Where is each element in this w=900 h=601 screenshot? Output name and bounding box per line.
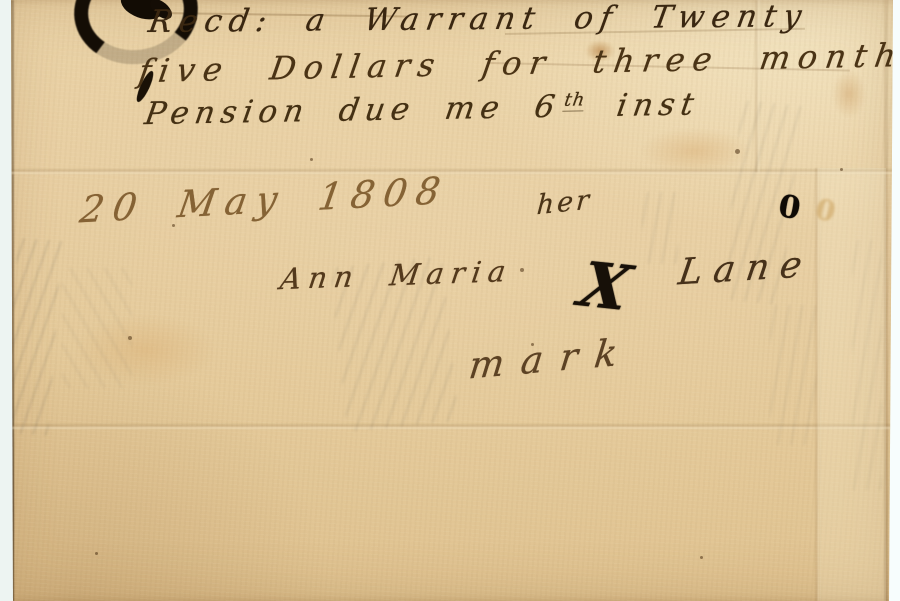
- mark-word: mark: [467, 330, 637, 388]
- rust-stain: [832, 70, 866, 118]
- ink-speck: [310, 158, 313, 161]
- ink-speck: [95, 552, 98, 555]
- ink-speck: [520, 268, 524, 272]
- pension-text-post: inst: [584, 86, 702, 124]
- ink-speck: [840, 168, 843, 171]
- signature-first-names: Ann Maria: [278, 254, 515, 296]
- handwriting-line-pension: Pension due me 6th inst: [142, 86, 702, 132]
- photo-background: Recd: a Warrant of Twenty five Dollars f…: [0, 0, 900, 601]
- signature-x-mark: X: [572, 248, 638, 325]
- zero-annotation: 0: [776, 188, 804, 227]
- ink-speck: [128, 336, 132, 340]
- her-word: her: [536, 184, 593, 221]
- paper-left-edge: [10, 0, 14, 601]
- ink-speck: [700, 556, 703, 559]
- rust-stain: [75, 315, 215, 385]
- rust-stain: [640, 128, 750, 174]
- pension-text: Pension due me 6: [142, 89, 563, 132]
- handwriting-line-received: Recd: a Warrant of Twenty: [146, 0, 811, 40]
- date-line: 20 May 1808: [77, 169, 452, 232]
- handwriting-line-amount: five Dollars for three months: [136, 35, 900, 90]
- fold-crease-horizontal-lower: [0, 423, 900, 430]
- ghost-writing-mid: [642, 192, 678, 264]
- ink-speck: [735, 149, 740, 154]
- ordinal-superscript: th: [563, 89, 587, 111]
- document-paper: Recd: a Warrant of Twenty five Dollars f…: [0, 0, 900, 601]
- signature-surname: Lane: [676, 244, 816, 294]
- fold-light-panel: [820, 168, 886, 601]
